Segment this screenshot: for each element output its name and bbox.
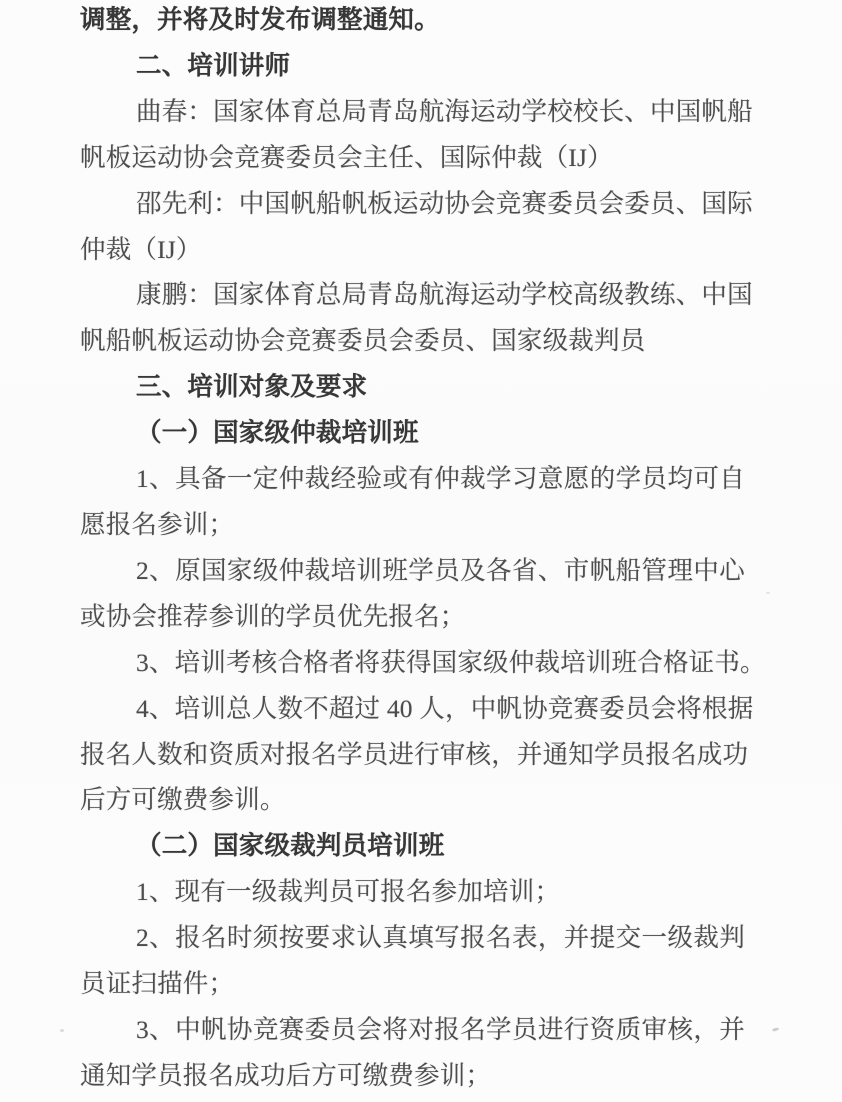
text-line: 邵先利：中国帆船帆板运动协会竞赛委员会委员、国际	[80, 181, 745, 227]
text-line: 3、中帆协竞赛委员会将对报名学员进行资质审核，并	[80, 1007, 745, 1053]
document-body: 调整，并将及时发布调整通知。二、培训讲师曲春：国家体育总局青岛航海运动学校校长、…	[80, 0, 745, 1099]
text-line: 通知学员报名成功后方可缴费参训；	[80, 1053, 745, 1099]
scan-speck	[772, 1027, 780, 1032]
text-line: （二）国家级裁判员培训班	[80, 823, 745, 869]
scan-speck	[766, 592, 770, 594]
text-line: 员证扫描件；	[80, 961, 745, 1007]
text-line: 3、培训考核合格者将获得国家级仲裁培训班合格证书。	[80, 640, 745, 686]
text-line: 或协会推荐参训的学员优先报名；	[80, 594, 745, 640]
text-line: 1、具备一定仲裁经验或有仲裁学习意愿的学员均可自	[80, 456, 745, 502]
text-line: 后方可缴费参训。	[80, 777, 745, 823]
text-line: 4、培训总人数不超过 40 人，中帆协竞赛委员会将根据	[80, 686, 745, 732]
text-line: 仲裁（IJ）	[80, 227, 745, 273]
text-line: 报名人数和资质对报名学员进行审核，并通知学员报名成功	[80, 732, 745, 778]
text-line: 曲春：国家体育总局青岛航海运动学校校长、中国帆船	[80, 89, 745, 135]
text-line: 帆板运动协会竞赛委员会主任、国际仲裁（IJ）	[80, 135, 745, 181]
text-line: 1、现有一级裁判员可报名参加培训；	[80, 869, 745, 915]
text-line: 帆船帆板运动协会竞赛委员会委员、国家级裁判员	[80, 318, 745, 364]
scan-speck	[60, 1029, 64, 1032]
text-line: 康鹏：国家体育总局青岛航海运动学校高级教练、中国	[80, 272, 745, 318]
text-line: 2、原国家级仲裁培训班学员及各省、市帆船管理中心	[80, 548, 745, 594]
text-line: 2、报名时须按要求认真填写报名表，并提交一级裁判	[80, 915, 745, 961]
scanned-document-page: 调整，并将及时发布调整通知。二、培训讲师曲春：国家体育总局青岛航海运动学校校长、…	[0, 0, 842, 1102]
text-line: （一）国家级仲裁培训班	[80, 410, 745, 456]
text-line: 三、培训对象及要求	[80, 364, 745, 410]
text-line: 调整，并将及时发布调整通知。	[80, 0, 745, 43]
text-line: 愿报名参训；	[80, 502, 745, 548]
text-line: 二、培训讲师	[80, 43, 745, 89]
